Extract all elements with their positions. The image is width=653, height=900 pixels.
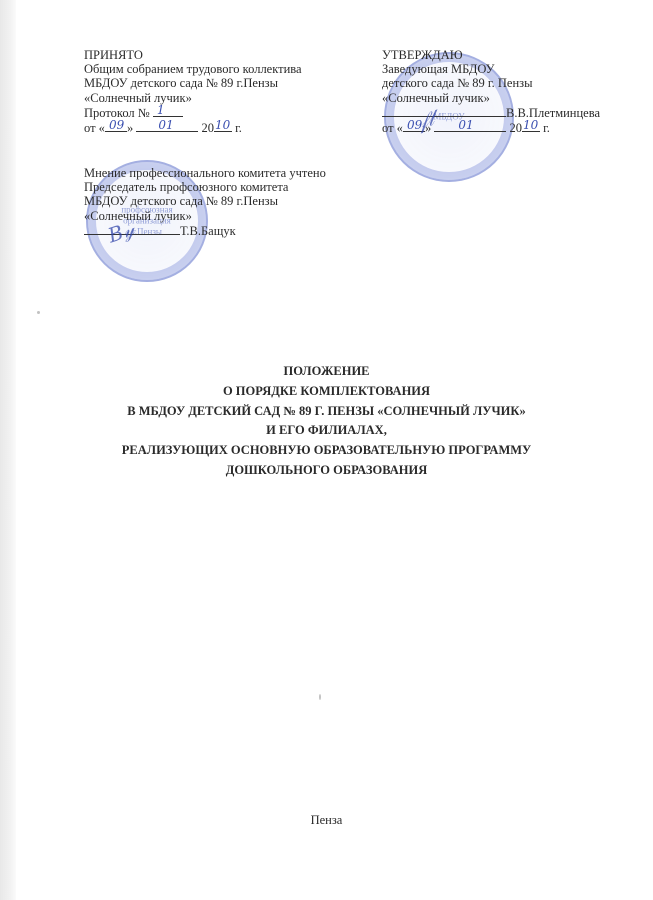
date-prefix: от « bbox=[84, 121, 105, 135]
date-day: 09 bbox=[407, 118, 422, 132]
date-mid: » bbox=[127, 121, 133, 135]
date-month: 01 bbox=[458, 118, 473, 132]
adopted-line: МБДОУ детского сада № 89 г.Пензы bbox=[84, 76, 302, 90]
signature-field bbox=[84, 223, 180, 235]
date-day-field: 09 bbox=[403, 120, 425, 132]
director-name: В.В.Плетминцева bbox=[506, 106, 600, 120]
union-chair-name: Т.В.Бащук bbox=[180, 224, 236, 238]
document-title: ПОЛОЖЕНИЕ О ПОРЯДКЕ КОМПЛЕКТОВАНИЯ В МБД… bbox=[0, 362, 653, 481]
date-suffix: г. bbox=[235, 121, 242, 135]
union-line: «Солнечный лучик» bbox=[84, 209, 326, 223]
protocol-number: 1 bbox=[157, 103, 165, 117]
date-month: 01 bbox=[158, 118, 173, 132]
approved-line: «Солнечный лучик» bbox=[382, 91, 600, 105]
title-line: О ПОРЯДКЕ КОМПЛЕКТОВАНИЯ bbox=[0, 382, 653, 402]
approved-line: Заведующая МБДОУ bbox=[382, 62, 600, 76]
date-year-field: 10 bbox=[522, 120, 540, 132]
adopted-date-line: от «09» 01 2010 г. bbox=[84, 120, 302, 135]
date-prefix: от « bbox=[382, 121, 403, 135]
scan-speck bbox=[319, 694, 321, 700]
title-line: В МБДОУ ДЕТСКИЙ САД № 89 Г. ПЕНЗЫ «СОЛНЕ… bbox=[0, 402, 653, 422]
adopted-block: ПРИНЯТО Общим собранием трудового коллек… bbox=[84, 48, 302, 135]
approved-line: детского сада № 89 г. Пензы bbox=[382, 76, 600, 90]
date-year-prefix: 20 bbox=[509, 121, 522, 135]
adopted-line: «Солнечный лучик» bbox=[84, 91, 302, 105]
protocol-number-field: 1 bbox=[153, 105, 183, 117]
city-footer: Пенза bbox=[0, 813, 653, 828]
date-month-field: 01 bbox=[434, 120, 506, 132]
union-line: Председатель профсоюзного комитета bbox=[84, 180, 326, 194]
date-year-prefix: 20 bbox=[201, 121, 214, 135]
date-suffix: г. bbox=[543, 121, 550, 135]
date-year-field: 10 bbox=[214, 120, 232, 132]
title-line: РЕАЛИЗУЮЩИХ ОСНОВНУЮ ОБРАЗОВАТЕЛЬНУЮ ПРО… bbox=[0, 441, 653, 461]
date-year: 10 bbox=[523, 118, 538, 132]
adopted-heading: ПРИНЯТО bbox=[84, 48, 302, 62]
date-day: 09 bbox=[109, 118, 124, 132]
scan-speck bbox=[37, 311, 40, 314]
signature-field bbox=[382, 105, 506, 117]
trade-union-block: Мнение профессионального комитета учтено… bbox=[84, 166, 326, 238]
union-line: МБДОУ детского сада № 89 г.Пензы bbox=[84, 194, 326, 208]
approved-date-line: от «09» 01 2010 г. bbox=[382, 120, 600, 135]
title-line: И ЕГО ФИЛИАЛАХ, bbox=[0, 421, 653, 441]
approved-block: УТВЕРЖДАЮ Заведующая МБДОУ детского сада… bbox=[382, 48, 600, 135]
date-day-field: 09 bbox=[105, 120, 127, 132]
date-month-field: 01 bbox=[136, 120, 198, 132]
date-mid: » bbox=[425, 121, 431, 135]
union-line: Мнение профессионального комитета учтено bbox=[84, 166, 326, 180]
approved-heading: УТВЕРЖДАЮ bbox=[382, 48, 600, 62]
date-year: 10 bbox=[215, 118, 230, 132]
title-line: ДОШКОЛЬНОГО ОБРАЗОВАНИЯ bbox=[0, 461, 653, 481]
title-line: ПОЛОЖЕНИЕ bbox=[0, 362, 653, 382]
adopted-line: Общим собранием трудового коллектива bbox=[84, 62, 302, 76]
union-signature-line: Т.В.Бащук bbox=[84, 223, 326, 238]
